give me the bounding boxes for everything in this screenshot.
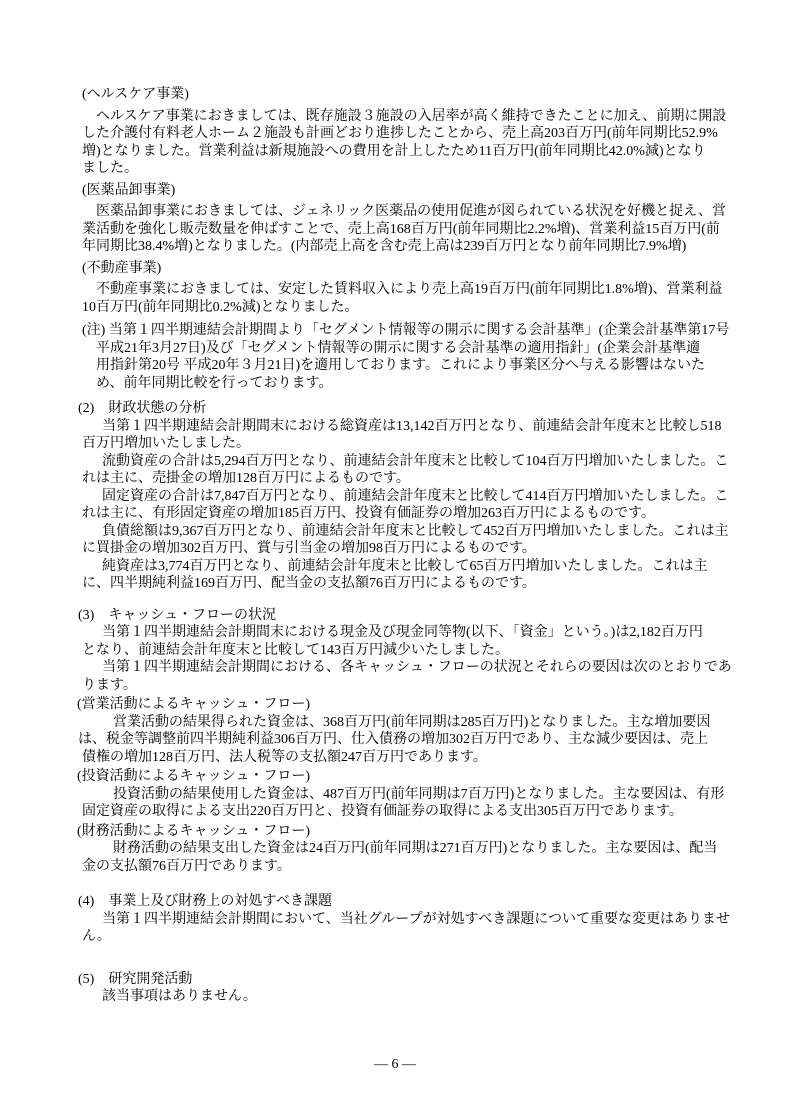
text-line: した介護付有料老人ホーム２施設も計画どおり進捗したことから、売上高203百万円(…	[82, 125, 750, 143]
text-line: 営業活動の結果得られた資金は、368百万円(前年同期は285百万円)となりました…	[82, 714, 750, 732]
text-line: 投資活動の結果使用した資金は、487百万円(前年同期は7百万円)となりました。主…	[82, 786, 750, 804]
text-line: 当第１四半期連結会計期間において、当社グループが対処すべき課題について重要な変更…	[82, 911, 750, 929]
realestate-segment-heading: (不動産事業)	[82, 260, 750, 278]
financing-cf-heading: (財務活動によるキャッシュ・フロー)	[77, 823, 750, 841]
operating-cf-heading: (営業活動によるキャッシュ・フロー)	[77, 696, 750, 714]
investing-cf-heading: (投資活動によるキャッシュ・フロー)	[77, 768, 750, 786]
text-line: 当第１四半期連結会計期間における、各キャッシュ・フローの状況とそれらの要因は次の…	[82, 659, 750, 677]
text-line: 百万円増加いたしました。	[82, 435, 750, 453]
text-line: 不動産事業におきましては、安定した賃料収入により売上高19百万円(前年同期比1.…	[82, 281, 750, 299]
text-line: 純資産は3,774百万円となり、前連結会計年度末と比較して65百万円増加いたしま…	[82, 558, 750, 576]
text-line: 当第１四半期連結会計期間末における現金及び現金同等物(以下、「資金」という。)は…	[82, 624, 750, 642]
financial-position-heading: (2) 財政状態の分析	[78, 400, 750, 418]
text-line: れは主に、有形固定資産の増加185百万円、投資有価証券の増加263百万円によるも…	[82, 505, 750, 523]
healthcare-segment-heading: (ヘルスケア事業)	[82, 86, 750, 104]
text-line: に、四半期純利益169百万円、配当金の支払額76百万円によるものです。	[82, 575, 750, 593]
text-line: ヘルスケア事業におきましては、既存施設３施設の入居率が高く維持できたことに加え、…	[82, 108, 750, 126]
cashflow-heading: (3) キャッシュ・フローの状況	[78, 607, 750, 625]
note-line: 平成21年3月27日)及び「セグメント情報等の開示に関する会計基準の適用指針」(…	[82, 340, 750, 358]
text-line: 債権の増加128百万円、法人税等の支払額247百万円であります。	[82, 749, 750, 767]
text-line: 固定資産の取得による支出220百万円と、投資有価証券の取得による支出305百万円…	[82, 803, 750, 821]
text-line: 財務活動の結果支出した資金は24百万円(前年同期は271百万円)となりました。主…	[82, 840, 750, 858]
note-line: 用指針第20号 平成20年３月21日)を適用しております。これにより事業区分へ与…	[82, 357, 750, 375]
text-line: 流動資産の合計は5,294百万円となり、前連結会計年度末と比較して104百万円増…	[82, 453, 750, 471]
note-line: (注) 当第１四半期連結会計期間より「セグメント情報等の開示に関する会計基準」(…	[82, 322, 750, 340]
rnd-heading: (5) 研究開発活動	[78, 971, 750, 989]
document-page: (ヘルスケア事業) ヘルスケア事業におきましては、既存施設３施設の入居率が高く維…	[0, 0, 790, 1118]
text-line: 負債総額は9,367百万円となり、前連結会計年度末と比較して452百万円増加いた…	[82, 523, 750, 541]
text-line: 業活動を強化し販売数量を伸ばすことで、売上高168百万円(前年同期比2.2%増)…	[82, 221, 750, 239]
text-line: 固定資産の合計は7,847百万円となり、前連結会計年度末と比較して414百万円増…	[82, 488, 750, 506]
issues-heading: (4) 事業上及び財務上の対処すべき課題	[78, 893, 750, 911]
text-line: 年同期比38.4%増)となりました。(内部売上高を含む売上高は239百万円となり…	[82, 238, 750, 256]
text-line: れは主に、売掛金の増加128百万円によるものです。	[82, 470, 750, 488]
text-line: ります。	[82, 677, 750, 695]
text-line: 増)となりました。営業利益は新規施設への費用を計上したため11百万円(前年同期比…	[82, 143, 750, 161]
note-line: め、前年同期比較を行っております。	[82, 375, 750, 393]
text-line: 金の支払額76百万円であります。	[82, 858, 750, 876]
text-line: に買掛金の増加302百万円、賞与引当金の増加98百万円によるものです。	[82, 540, 750, 558]
text-line: ん。	[82, 928, 750, 946]
text-line: 該当事項はありません。	[82, 988, 750, 1006]
text-line: 当第１四半期連結会計期間末における総資産は13,142百万円となり、前連結会計年…	[82, 418, 750, 436]
text-line: は、税金等調整前四半期純利益306百万円、仕入債務の増加302百万円であり、主な…	[78, 731, 750, 749]
text-line: 10百万円(前年同期比0.2%減)となりました。	[82, 299, 750, 317]
document-body: (ヘルスケア事業) ヘルスケア事業におきましては、既存施設３施設の入居率が高く維…	[82, 86, 750, 1006]
pharma-segment-heading: (医薬品卸事業)	[82, 182, 750, 200]
text-line: 医薬品卸事業におきましては、ジェネリック医薬品の使用促進が図られている状況を好機…	[82, 203, 750, 221]
page-number: ― 6 ―	[0, 1056, 790, 1074]
text-line: となり、前連結会計年度末と比較して143百万円減少いたしました。	[82, 642, 750, 660]
text-line: ました。	[82, 160, 750, 178]
